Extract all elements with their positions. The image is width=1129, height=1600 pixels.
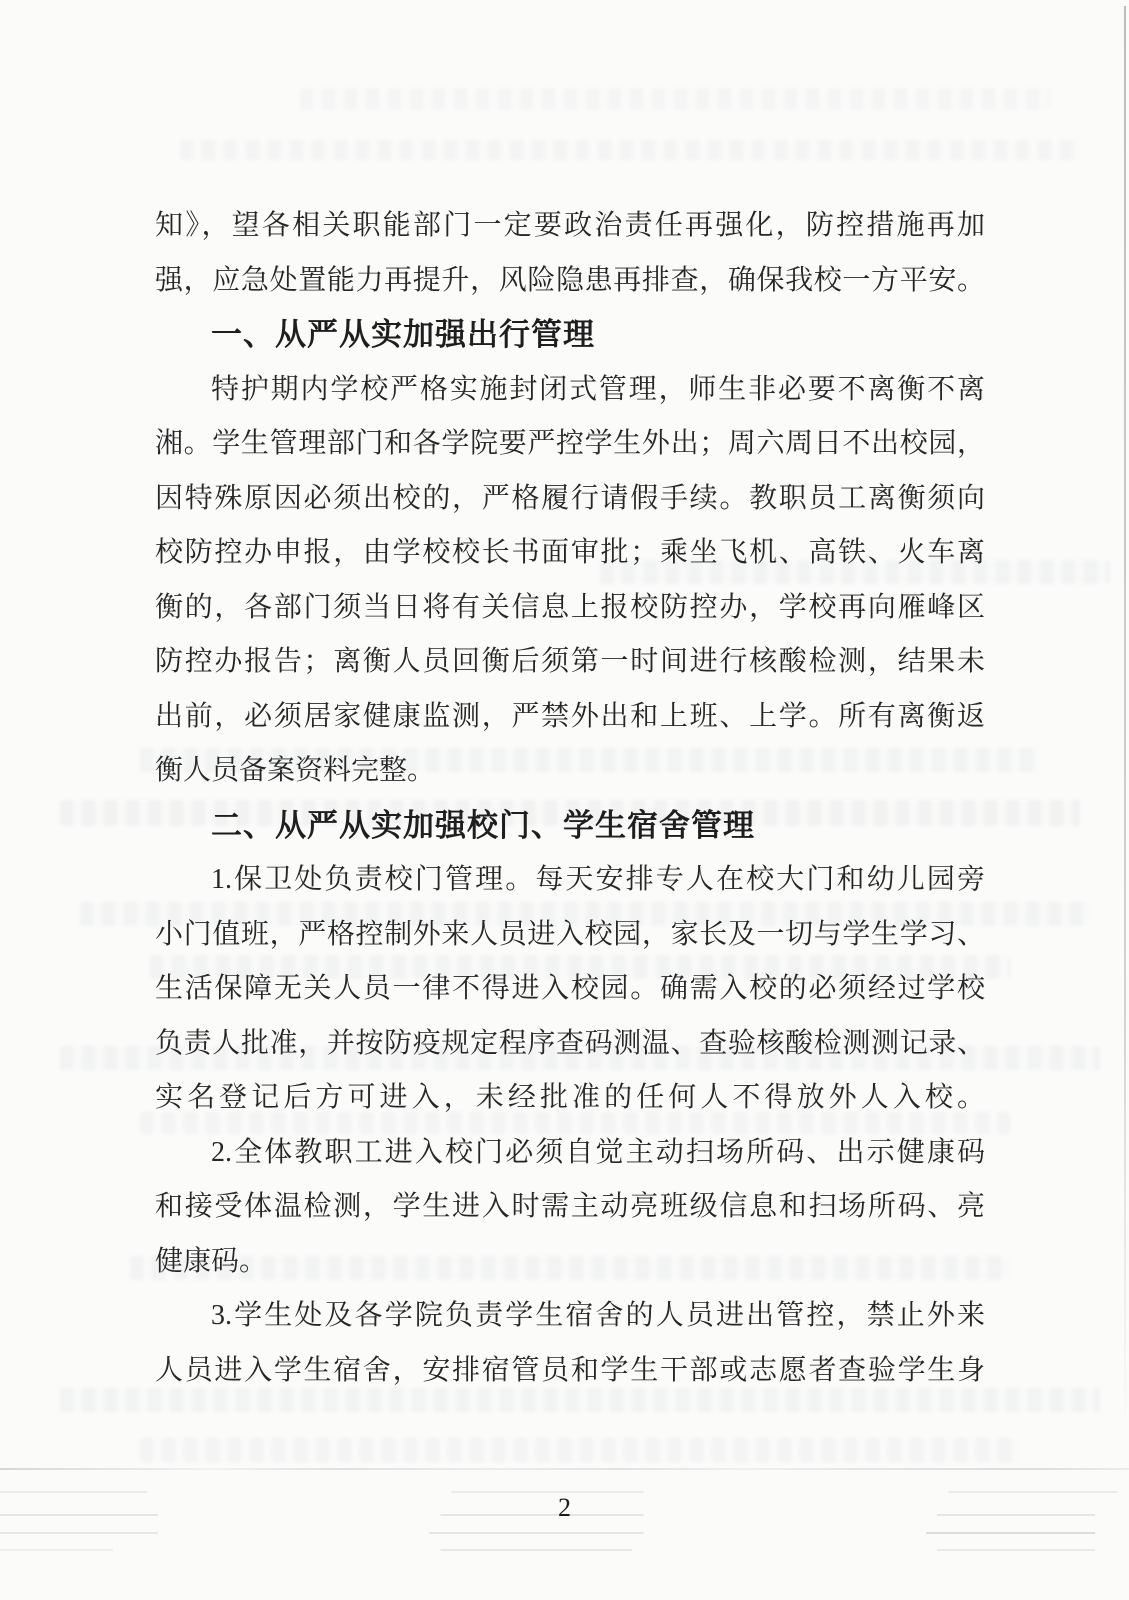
text-line: 强，应急处置能力再提升，风险隐患再排查，确保我校一方平安。 (155, 254, 985, 309)
text-line: 2.全体教职工进入校门必须自觉主动扫场所码、出示健康码 (155, 1126, 985, 1181)
text-line: 人员进入学生宿舍，安排宿管员和学生干部或志愿者查验学生身 (155, 1344, 985, 1399)
bleedthrough-artifact (300, 88, 1050, 110)
document-page: 知》，望各相关职能部门一定要政治责任再强化，防控措施再加强，应急处置能力再提升，… (0, 0, 1129, 1600)
section-heading: 二、从严从实加强校门、学生宿舍管理 (155, 799, 985, 854)
bleedthrough-artifact (180, 140, 1080, 160)
text-column: 知》，望各相关职能部门一定要政治责任再强化，防控措施再加强，应急处置能力再提升，… (155, 199, 985, 1398)
text-line: 校防控办申报，由学校校长书面审批；乘坐飞机、高铁、火车离 (155, 526, 985, 581)
page-number: 2 (0, 1493, 1129, 1523)
section-heading: 一、从严从实加强出行管理 (155, 308, 985, 363)
scan-streak-artifact (0, 1549, 1129, 1551)
text-line: 衡的，各部门须当日将有关信息上报校防控办，学校再向雁峰区 (155, 581, 985, 636)
text-line: 生活保障无关人员一律不得进入校园。确需入校的必须经过学校 (155, 962, 985, 1017)
text-line: 衡人员备案资料完整。 (155, 744, 985, 799)
text-line: 1.保卫处负责校门管理。每天安排专人在校大门和幼儿园旁 (155, 853, 985, 908)
text-line: 出前，必须居家健康监测，严禁外出和上班、上学。所有离衡返 (155, 690, 985, 745)
text-line: 3.学生处及各学院负责学生宿舍的人员进出管控，禁止外来 (155, 1289, 985, 1344)
scan-streak-artifact (0, 1532, 1129, 1534)
text-line: 知》，望各相关职能部门一定要政治责任再强化，防控措施再加 (155, 199, 985, 254)
text-line: 健康码。 (155, 1235, 985, 1290)
text-line: 湘。学生管理部门和各学院要严控学生外出；周六周日不出校园， (155, 417, 985, 472)
text-line: 和接受体温检测，学生进入时需主动亮班级信息和扫场所码、亮 (155, 1180, 985, 1235)
text-line: 小门值班，严格控制外来人员进入校园，家长及一切与学生学习、 (155, 908, 985, 963)
text-line: 负责人批准，并按防疫规定程序查码测温、查验核酸检测测记录、 (155, 1017, 985, 1072)
scan-streak-artifact (0, 1468, 1129, 1470)
text-line: 防控办报告；离衡人员回衡后须第一时间进行核酸检测，结果未 (155, 635, 985, 690)
text-line: 因特殊原因必须出校的，严格履行请假手续。教职员工离衡须向 (155, 472, 985, 527)
scan-edge-artifact (1124, 6, 1126, 1430)
text-line: 实名登记后方可进入，未经批准的任何人不得放外人入校。 (155, 1071, 985, 1126)
bleedthrough-artifact (140, 1438, 1020, 1462)
text-line: 特护期内学校严格实施封闭式管理，师生非必要不离衡不离 (155, 363, 985, 418)
